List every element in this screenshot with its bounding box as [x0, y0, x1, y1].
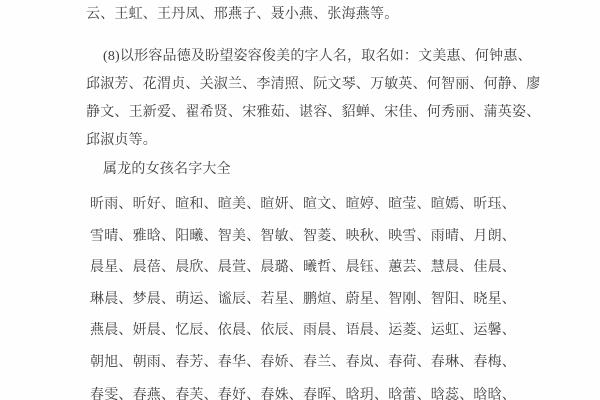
- section-heading: 属龙的女孩名字大全: [103, 162, 231, 178]
- name-row-6: 朝旭、朝雨、春芳、春华、春娇、春兰、春岚、春荷、春琳、春梅、: [90, 355, 516, 371]
- name-row-1: 昕雨、昕好、暄和、暄美、暄妍、暄文、暄婷、暄莹、暄嫣、昕珏、: [90, 197, 516, 213]
- item8-line-3: 静文、王新爱、翟希贤、宋雅茹、谌容、貂蝉、宋佳、何秀丽、蒲英姿、: [86, 105, 540, 121]
- paragraph-tail-line: 云、王虹、王丹凤、邢燕子、聂小燕、张海燕等。: [86, 7, 398, 23]
- document-page: 云、王虹、王丹凤、邢燕子、聂小燕、张海燕等。 (8)以形容品德及盼望姿容俊美的字…: [0, 0, 600, 400]
- item8-line-1: (8)以形容品德及盼望姿容俊美的字人名，取名如：文美惠、何钟惠、: [103, 49, 532, 65]
- name-row-4: 琳晨、梦晨、萌运、谧辰、若星、鹏煊、蔚星、智刚、智阳、晓星、: [90, 292, 516, 308]
- name-row-5: 燕晨、妍晨、忆辰、依晨、依辰、雨晨、语晨、运菱、运虹、运馨、: [90, 323, 516, 339]
- name-row-3: 晨星、晨蓓、晨欣、晨萱、晨璐、曦哲、晨钰、蕙芸、慧晨、佳晨、: [90, 260, 516, 276]
- name-row-2: 雪晴、雅晗、阳曦、智美、智敏、智菱、映秋、映雪、雨晴、月朗、: [90, 229, 516, 245]
- item8-line-4: 邱淑贞等。: [86, 133, 157, 149]
- item8-line-2: 邱淑芳、花渭贞、关淑兰、李清照、阮文琴、万敏英、何智丽、何静、廖: [86, 77, 540, 93]
- name-row-7-clipped: 春雯、春燕、春芙、春妤、春姝、春晖、晗玥、晗蕾、晗蕊、晗晗、: [90, 388, 516, 400]
